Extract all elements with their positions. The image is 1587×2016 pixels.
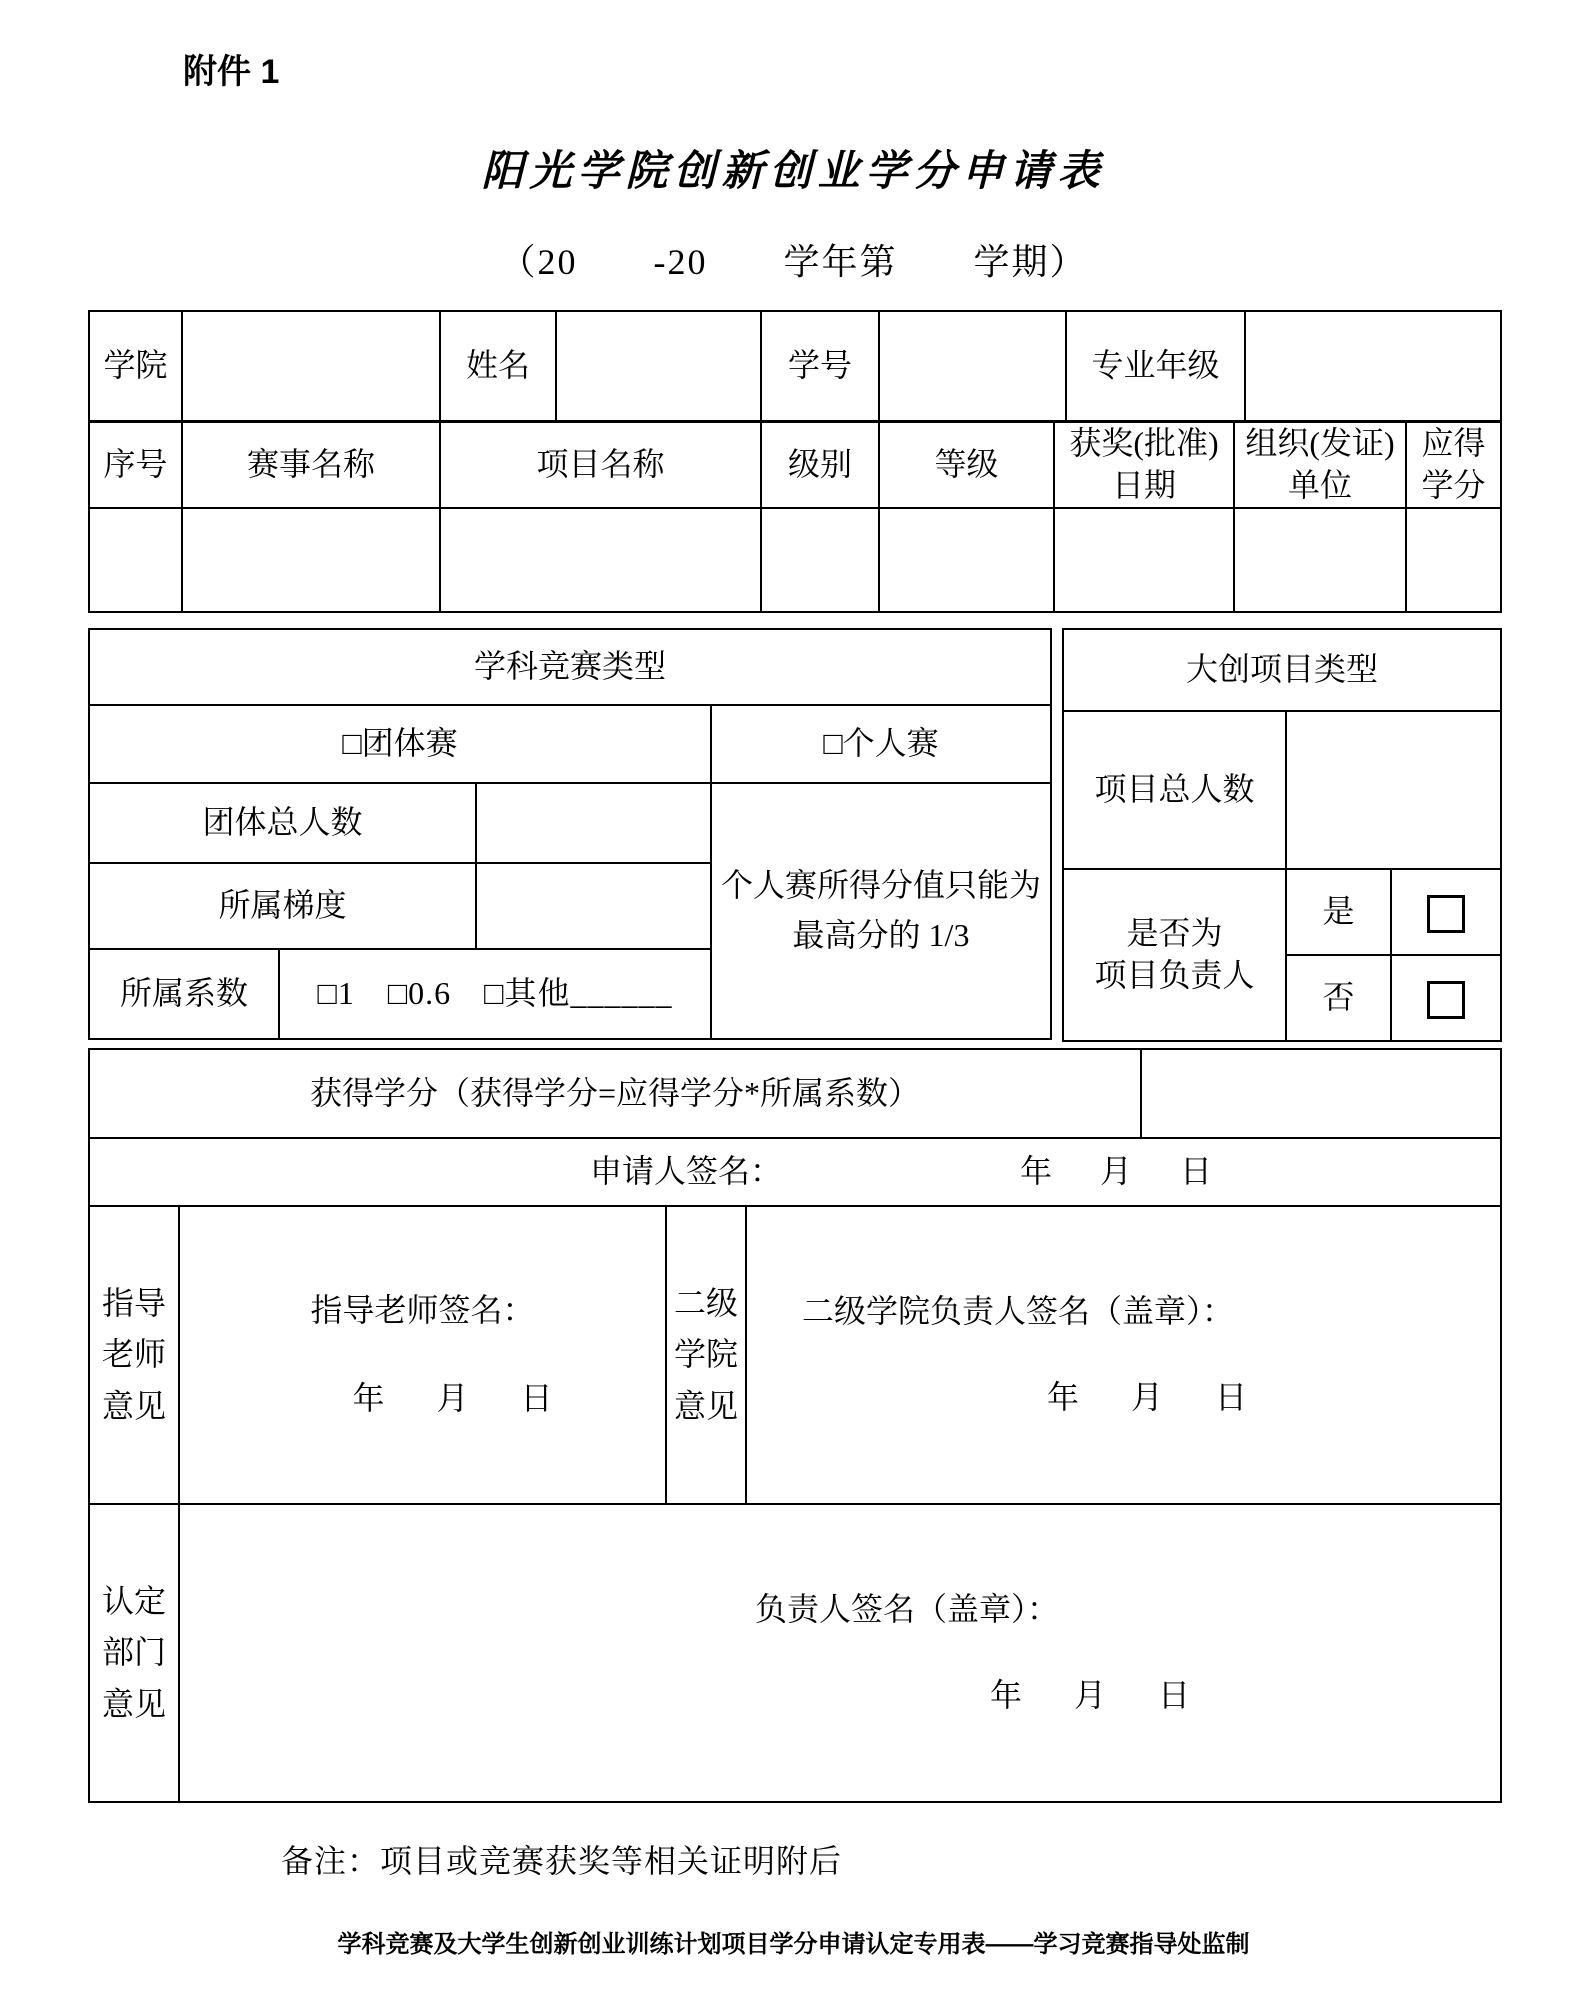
- dept-signature-cell[interactable]: 负责人签名（盖章）： 年 月 日: [179, 1504, 1501, 1802]
- individual-option[interactable]: □个人赛: [711, 705, 1051, 783]
- name-label: 姓名: [440, 311, 556, 421]
- dept-opinion-label-text: 认定部门意见: [99, 1576, 169, 1730]
- award-table: 序号 赛事名称 项目名称 级别 等级 获奖(批准) 日期 组织(发证) 单位 应…: [88, 421, 1502, 613]
- remark-note: 备注：项目或竞赛获奖等相关证明附后: [281, 1836, 842, 1882]
- attachment-label: 附件 1: [183, 44, 279, 93]
- leader-no-label: 否: [1286, 955, 1391, 1041]
- team-total-label: 团体总人数: [89, 783, 476, 863]
- entry-due-credit-cell[interactable]: [1406, 508, 1501, 612]
- individual-score-note-line2: 最高分的 1/3: [712, 911, 1050, 961]
- advisor-sign-label: 指导老师签名：: [310, 1290, 534, 1332]
- entry-grade-cell[interactable]: [879, 508, 1054, 612]
- header-seq: 序号: [89, 422, 182, 508]
- header-due-credit-line2: 学分: [1407, 465, 1500, 507]
- dept-opinion-label: 认定部门意见: [89, 1504, 179, 1802]
- advisor-opinion-label: 指导老师意见: [89, 1206, 179, 1504]
- team-total-value-cell[interactable]: [476, 783, 711, 863]
- individual-score-note-line1: 个人赛所得分值只能为: [712, 861, 1050, 911]
- student-id-value-cell[interactable]: [879, 311, 1066, 421]
- credit-opinions-table: 获得学分（获得学分=应得学分*所属系数） 申请人签名： 年 月 日 指导老师意见…: [88, 1048, 1502, 1803]
- leader-yes-cell: [1391, 869, 1501, 955]
- competition-type-table: 学科竞赛类型 □团体赛 □个人赛 团体总人数 个人赛所得分值只能为 最高分的 1…: [88, 628, 1052, 1040]
- college-date-label: 年 月 日: [1047, 1377, 1257, 1419]
- team-option[interactable]: □团体赛: [89, 705, 711, 783]
- college-opinion-label: 二级学院意见: [666, 1206, 746, 1504]
- header-award-date: 获奖(批准) 日期: [1054, 422, 1234, 508]
- header-award-date-line2: 日期: [1055, 465, 1233, 507]
- application-form-page: 附件 1 阳光学院创新创业学分申请表 （20 -20 学年第 学期） 学院 姓名…: [0, 0, 1587, 2016]
- header-issuing-org-line1: 组织(发证): [1235, 423, 1405, 465]
- header-project-name: 项目名称: [440, 422, 761, 508]
- entry-award-date-cell[interactable]: [1054, 508, 1234, 612]
- project-leader-label-line1: 是否为: [1064, 913, 1285, 955]
- header-due-credit-line1: 应得: [1407, 423, 1500, 465]
- header-issuing-org: 组织(发证) 单位: [1234, 422, 1406, 508]
- entry-seq-cell[interactable]: [89, 508, 182, 612]
- applicant-sign-label: 申请人签名：: [590, 1151, 782, 1193]
- page-title: 阳光学院创新创业学分申请表: [0, 138, 1587, 198]
- entry-level-cell[interactable]: [761, 508, 879, 612]
- major-grade-label: 专业年级: [1066, 311, 1245, 421]
- project-total-value-cell[interactable]: [1286, 711, 1501, 869]
- header-award-date-line1: 获奖(批准): [1055, 423, 1233, 465]
- coefficient-options[interactable]: □1 □0.6 □其他______: [279, 949, 711, 1039]
- major-grade-value-cell[interactable]: [1245, 311, 1501, 421]
- advisor-date-label: 年 月 日: [352, 1378, 562, 1420]
- entry-competition-name-cell[interactable]: [182, 508, 440, 612]
- project-leader-label-line2: 项目负责人: [1064, 955, 1285, 997]
- leader-yes-label: 是: [1286, 869, 1391, 955]
- name-value-cell[interactable]: [556, 311, 761, 421]
- coefficient-label: 所属系数: [89, 949, 279, 1039]
- entry-issuing-org-cell[interactable]: [1234, 508, 1406, 612]
- student-info-table: 学院 姓名 学号 专业年级: [88, 310, 1502, 422]
- student-id-label: 学号: [761, 311, 879, 421]
- footer-note: 学科竞赛及大学生创新创业训练计划项目学分申请认定专用表——学习竞赛指导处监制: [0, 1924, 1587, 1959]
- project-type-table: 大创项目类型 项目总人数 是否为 项目负责人 是 否: [1062, 628, 1502, 1042]
- college-value-cell[interactable]: [182, 311, 440, 421]
- student-info-row: 学院 姓名 学号 专业年级: [89, 311, 1501, 421]
- header-level: 级别: [761, 422, 879, 508]
- page-subtitle: （20 -20 学年第 学期）: [0, 234, 1587, 285]
- college-signature-cell[interactable]: 二级学院负责人签名（盖章）： 年 月 日: [746, 1206, 1501, 1504]
- applicant-signature-row[interactable]: 申请人签名： 年 月 日: [89, 1138, 1501, 1206]
- individual-score-note: 个人赛所得分值只能为 最高分的 1/3: [711, 783, 1051, 1039]
- dept-sign-label: 负责人签名（盖章）：: [755, 1589, 1059, 1631]
- project-leader-label: 是否为 项目负责人: [1063, 869, 1286, 1041]
- leader-no-cell: [1391, 955, 1501, 1041]
- yes-checkbox[interactable]: [1427, 895, 1465, 933]
- tier-value-cell[interactable]: [476, 863, 711, 949]
- applicant-date-label: 年 月 日: [1020, 1151, 1220, 1193]
- tier-label: 所属梯度: [89, 863, 476, 949]
- dept-date-label: 年 月 日: [990, 1675, 1200, 1717]
- header-grade: 等级: [879, 422, 1054, 508]
- no-checkbox[interactable]: [1427, 981, 1465, 1019]
- advisor-signature-cell[interactable]: 指导老师签名： 年 月 日: [179, 1206, 666, 1504]
- college-sign-label: 二级学院负责人签名（盖章）：: [802, 1291, 1234, 1333]
- header-issuing-org-line2: 单位: [1235, 465, 1405, 507]
- college-opinion-label-text: 二级学院意见: [671, 1278, 741, 1432]
- award-entry-row: [89, 508, 1501, 612]
- entry-project-name-cell[interactable]: [440, 508, 761, 612]
- project-total-label: 项目总人数: [1063, 711, 1286, 869]
- earned-credit-value-cell[interactable]: [1141, 1049, 1501, 1138]
- advisor-opinion-label-text: 指导老师意见: [99, 1278, 169, 1432]
- college-label: 学院: [89, 311, 182, 421]
- award-header-row: 序号 赛事名称 项目名称 级别 等级 获奖(批准) 日期 组织(发证) 单位 应…: [89, 422, 1501, 508]
- header-due-credit: 应得 学分: [1406, 422, 1501, 508]
- earned-credit-label: 获得学分（获得学分=应得学分*所属系数）: [89, 1049, 1141, 1138]
- competition-type-title: 学科竞赛类型: [89, 629, 1051, 705]
- header-competition-name: 赛事名称: [182, 422, 440, 508]
- project-type-title: 大创项目类型: [1063, 629, 1501, 711]
